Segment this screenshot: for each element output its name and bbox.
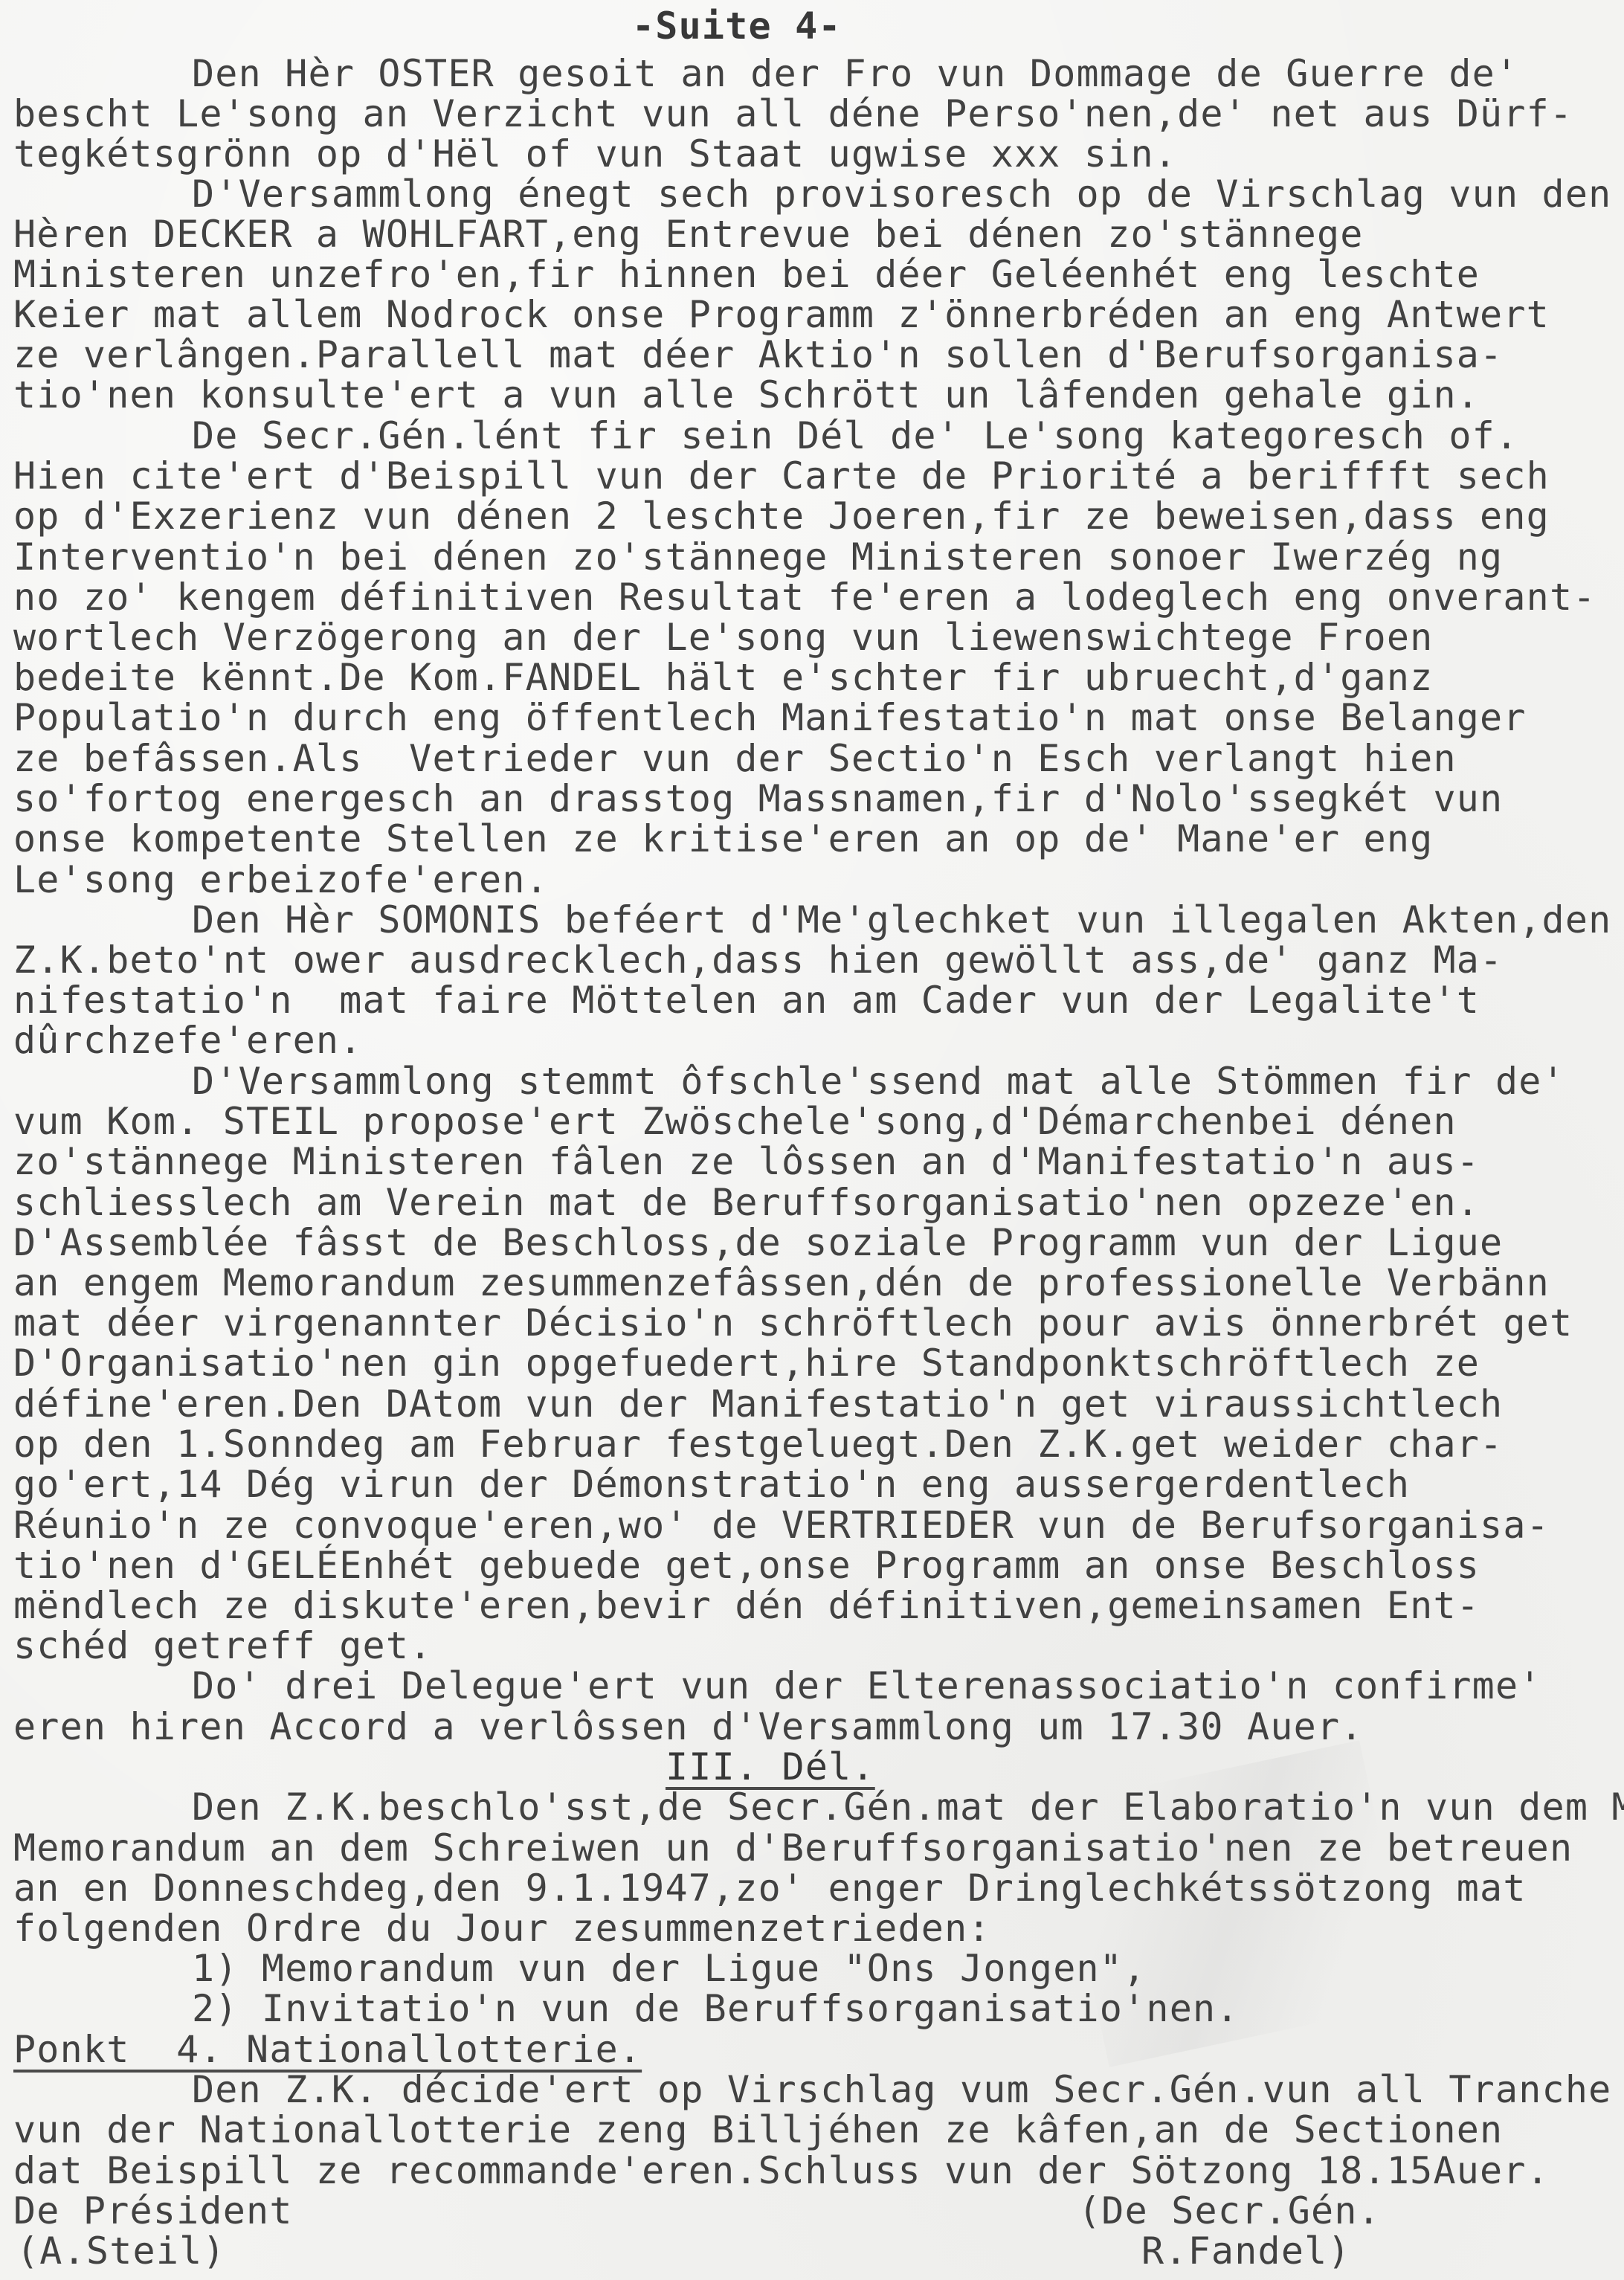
body-line: vum Kom. STEIL propose'ert Zwöschele'son…: [13, 1101, 1457, 1141]
body-line: Den Hèr SOMONIS beféert d'Me'glechket vu…: [192, 900, 1611, 940]
body-line: Réunio'n ze convoque'eren,wo' de VERTRIE…: [13, 1505, 1550, 1545]
signature-left-title: De Président: [13, 2191, 293, 2231]
body-line: Interventio'n bei dénen zo'stännege Mini…: [13, 537, 1503, 577]
section-line: folgenden Ordre du Jour zesummenzetriede…: [13, 1908, 991, 1948]
body-line: schliesslech am Verein mat de Beruffsorg…: [13, 1182, 1480, 1223]
body-line: nifestatio'n mat faire Möttelen an am Ca…: [13, 980, 1480, 1020]
section-line: Memorandum an dem Schreiwen un d'Beruffs…: [13, 1828, 1573, 1868]
point-heading: Ponkt 4. Nationallotterie.: [13, 2029, 642, 2070]
point-line: vun der Nationallotterie zeng Billjéhen …: [13, 2110, 1503, 2150]
point-line: dat Beispill ze recommande'eren.Schluss …: [13, 2151, 1550, 2191]
signature-right-title: (De Secr.Gén.: [1078, 2191, 1381, 2231]
body-line: tio'nen konsulte'ert a vun alle Schrött …: [13, 375, 1480, 415]
body-line: an engem Memorandum zesummenzefâssen,dén…: [13, 1263, 1550, 1303]
body-line: ze befâssen.Als Vetrieder vun der Sectio…: [13, 738, 1457, 779]
body-line: tio'nen d'GELÉEnhét gebuede get,onse Pro…: [13, 1545, 1480, 1585]
body-line: Hien cite'ert d'Beispill vun der Carte d…: [13, 456, 1550, 496]
body-line: D'Assemblée fâsst de Beschloss,de sozial…: [13, 1223, 1503, 1263]
section-line: Den Z.K.beschlo'sst,de Secr.Gén.mat der …: [192, 1787, 1624, 1827]
signature-left-name: (A.Steil): [16, 2231, 226, 2271]
body-line: Keier mat allem Nodrock onse Programm z'…: [13, 294, 1550, 335]
body-line: D'Versammlong stemmt ôfschle'ssend mat a…: [192, 1061, 1565, 1101]
body-line: tegkétsgrönn op d'Hël of vun Staat ugwis…: [13, 134, 1177, 174]
body-line: so'fortog energesch an drasstog Massname…: [13, 779, 1503, 819]
body-line: Hèren DECKER a WOHLFART,eng Entrevue bei…: [13, 214, 1364, 254]
body-line: schéd getreff get.: [13, 1626, 432, 1666]
body-line: go'ert,14 Dég virun der Démonstratio'n e…: [13, 1464, 1410, 1504]
body-line: dûrchzefe'eren.: [13, 1020, 363, 1060]
body-line: bescht Le'song an Verzicht vun all déne …: [13, 94, 1573, 134]
agenda-item-1: 1) Memorandum vun der Ligue "Ons Jongen"…: [192, 1948, 1146, 1988]
body-line: D'Versammlong énegt sech provisoresch op…: [192, 174, 1611, 214]
body-line: op den 1.Sonndeg am Februar festgeluegt.…: [13, 1424, 1503, 1464]
signature-right-name: R.Fandel): [1141, 2231, 1351, 2271]
page-header: -Suite 4-: [632, 6, 842, 46]
body-line: Le'song erbeizofe'eren.: [13, 860, 549, 900]
body-line: D'Organisatio'nen gin opgefuedert,hire S…: [13, 1343, 1480, 1383]
body-line: ze verlângen.Parallell mat déer Aktio'n …: [13, 335, 1503, 375]
body-line: wortlech Verzögerong an der Le'song vun …: [13, 617, 1433, 657]
body-line: Do' drei Delegue'ert vun der Elterenasso…: [192, 1666, 1542, 1706]
body-line: op d'Exzerienz vun dénen 2 leschte Joere…: [13, 496, 1550, 536]
section-line: an en Donneschdeg,den 9.1.1947,zo' enger…: [13, 1868, 1527, 1908]
body-line: onse kompetente Stellen ze kritise'eren …: [13, 819, 1433, 859]
body-line: Ministeren unzefro'en,fir hinnen bei dée…: [13, 254, 1480, 294]
body-line: eren hiren Accord a verlôssen d'Versamml…: [13, 1707, 1364, 1747]
section-heading: III. Dél.: [666, 1747, 875, 1787]
body-line: bedeite kënnt.De Kom.FANDEL hält e'schte…: [13, 657, 1433, 698]
body-line: Z.K.beto'nt ower ausdrecklech,dass hien …: [13, 940, 1503, 980]
body-line: Den Hèr OSTER gesoit an der Fro vun Domm…: [192, 54, 1518, 94]
scanned-document-page: -Suite 4- Den Hèr OSTER gesoit an der Fr…: [0, 0, 1624, 2280]
body-line: défine'eren.Den DAtom vun der Manifestat…: [13, 1384, 1503, 1424]
body-line: De Secr.Gén.lént fir sein Dél de' Le'son…: [192, 416, 1518, 456]
body-line: zo'stännege Ministeren fâlen ze lôssen a…: [13, 1141, 1480, 1182]
point-line: Den Z.K. décide'ert op Virschlag vum Sec…: [192, 2070, 1611, 2110]
body-line: Populatio'n durch eng öffentlech Manifes…: [13, 698, 1527, 738]
body-line: mëndlech ze diskute'eren,bevir dén défin…: [13, 1585, 1480, 1626]
agenda-item-2: 2) Invitatio'n vun de Beruffsorganisatio…: [192, 1988, 1240, 2029]
body-line: mat déer virgenannter Décisio'n schröftl…: [13, 1303, 1573, 1343]
body-line: no zo' kengem définitiven Resultat fe'er…: [13, 577, 1596, 617]
